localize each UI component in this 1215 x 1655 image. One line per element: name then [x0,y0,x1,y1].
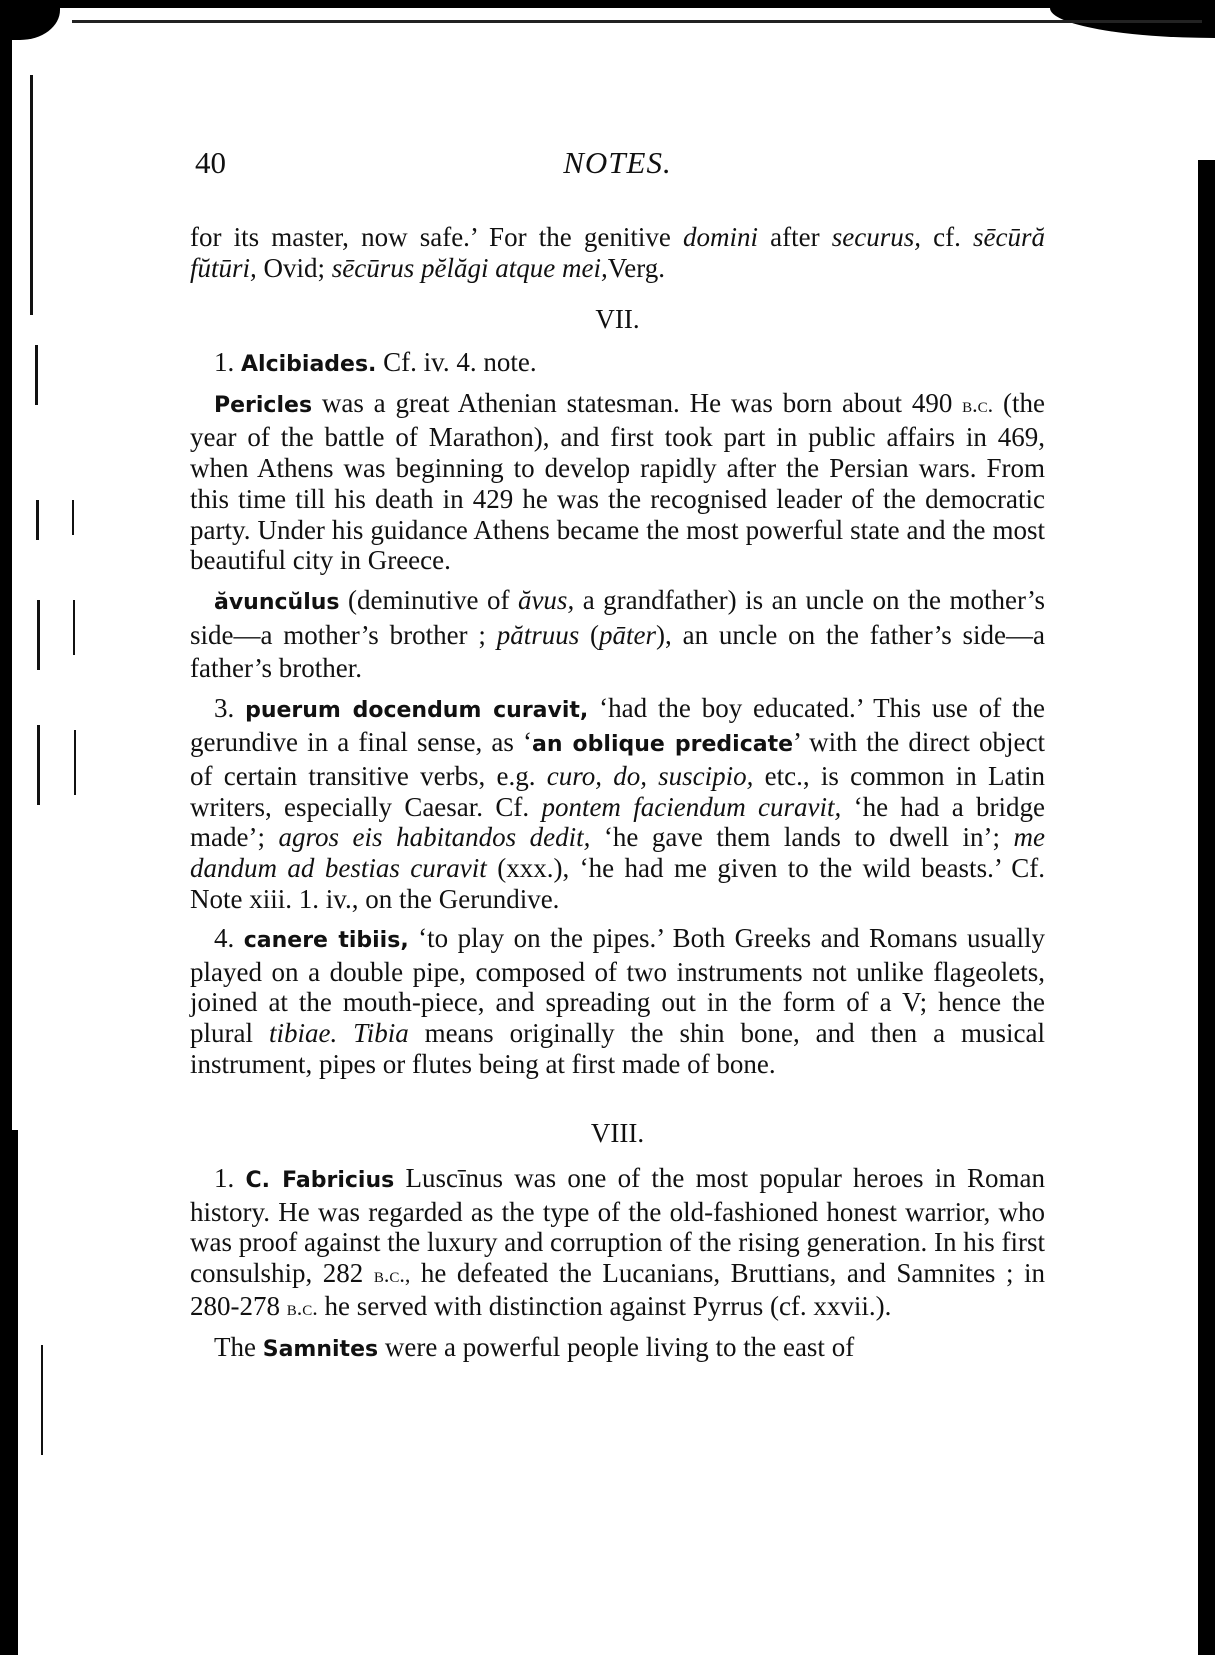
running-head: NOTES. [190,145,1045,181]
scan-top-rule [72,20,1202,23]
note-vii-1: 1. Alcibiades. Cf. iv. 4. note. [190,347,1045,381]
scan-margin-mark [36,500,39,540]
continuation-paragraph: for its master, now safe.’ For the genit… [190,222,1045,284]
page-header: 40 NOTES. [190,140,1045,200]
scan-margin-mark [35,345,38,405]
section-heading-viii: VIII. [190,1118,1045,1149]
note-vii-4: 4. canere tibiis, ‘to play on the pipes.… [190,923,1045,1080]
section-heading-vii: VII. [190,304,1045,335]
scan-edge-top [0,0,1215,8]
scan-edge-top-right [1050,0,1215,38]
scan-edge-right [1198,160,1215,1655]
scan-margin-mark [74,730,76,795]
scan-margin-mark [41,1345,43,1455]
note-viii-1: 1. C. Fabricius Luscīnus was one of the … [190,1163,1045,1324]
scan-margin-mark [73,600,75,655]
scan-margin-mark [30,75,33,315]
note-samnites: The Samnites were a powerful people livi… [190,1332,1045,1366]
scan-margin-mark [72,500,74,535]
page: 40 NOTES. for its master, now safe.’ For… [190,140,1045,1366]
scan-margin-mark [37,600,40,670]
note-pericles: Pericles was a great Athenian statesman.… [190,388,1045,576]
scan-margin-mark [37,725,40,805]
note-vii-3: 3. puerum docendum curavit, ‘had the boy… [190,693,1045,915]
note-avunculus: ăvuncŭlus (deminutive of ăvus, a grandfa… [190,584,1045,685]
scan-edge-left-lower [0,1130,18,1655]
